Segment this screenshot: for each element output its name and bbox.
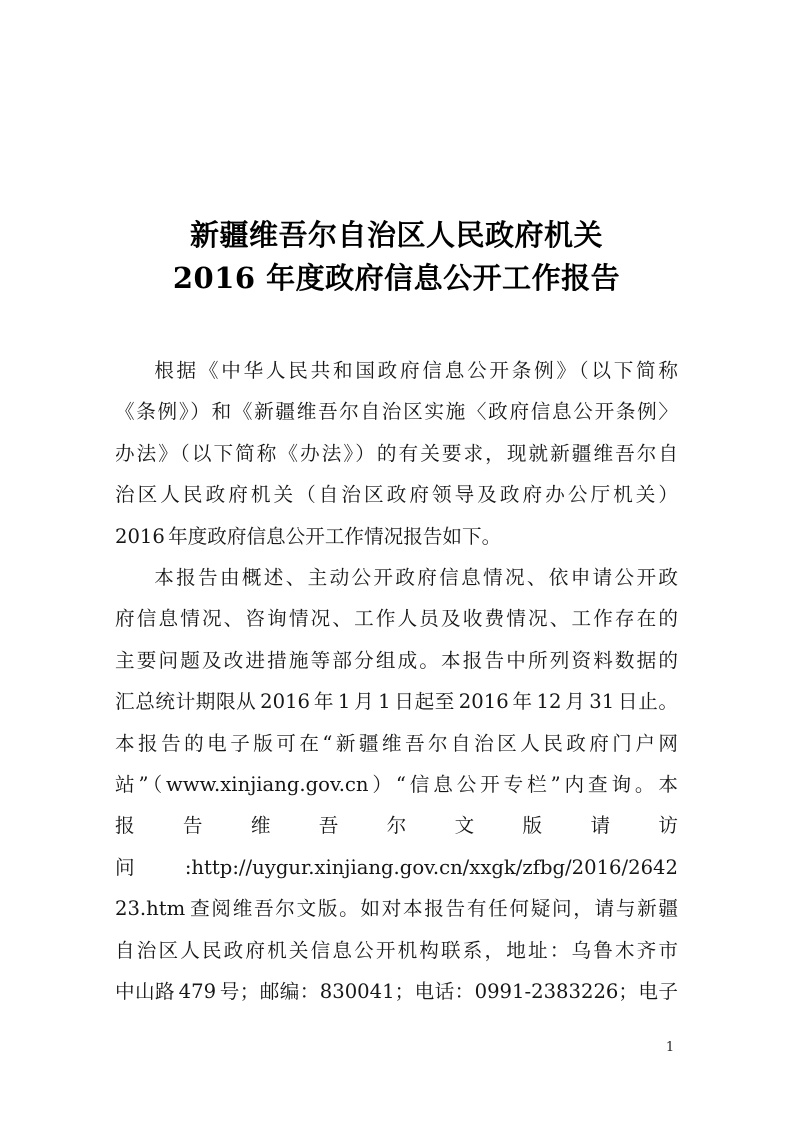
paragraph-1: 根据《中华人民共和国政府信息公开条例》（以下简称 《条例》）和《新疆维吾尔自治区… [115, 350, 678, 557]
text-line: 《条例》）和《新疆维吾尔自治区实施〈政府信息公开条例〉 [115, 391, 678, 432]
paragraph-2: 本报告由概述、主动公开政府信息情况、依申请公开政 府信息情况、咨询情况、工作人员… [115, 557, 678, 1012]
text-line: 府信息情况、咨询情况、工作人员及收费情况、工作存在的 [115, 598, 678, 639]
text-line: 本报告的电子版可在“新疆维吾尔自治区人民政府门户网 [115, 723, 678, 764]
text-line-stretched: 报告维吾尔文版请访 [115, 805, 678, 846]
document-title: 新疆维吾尔自治区人民政府机关 2016 年度政府信息公开工作报告 [0, 214, 793, 300]
text-line: 根据《中华人民共和国政府信息公开条例》（以下简称 [115, 350, 678, 391]
text-line: 2016 年度政府信息公开工作情况报告如下。 [115, 516, 678, 557]
text-line-url: 问 :http://uygur.xinjiang.gov.cn/xxgk/zfb… [115, 847, 678, 888]
text-line: 23.htm 查阅维吾尔文版。如对本报告有任何疑问，请与新疆 [115, 888, 678, 929]
text-line: 汇总统计期限从 2016 年 1 月 1 日起至 2016 年 12 月 31 … [115, 681, 678, 722]
text-line: 本报告由概述、主动公开政府信息情况、依申请公开政 [115, 557, 678, 598]
text-line: 主要问题及改进措施等部分组成。本报告中所列资料数据的 [115, 640, 678, 681]
text-line: 自治区人民政府机关信息公开机构联系，地址：乌鲁木齐市 [115, 930, 678, 971]
text-line: 中山路 479 号；邮编：830041；电话：0991-2383226；电子 [115, 971, 678, 1012]
title-line-1: 新疆维吾尔自治区人民政府机关 [0, 214, 793, 257]
text-line: 站”（www.xinjiang.gov.cn）“信息公开专栏”内查询。本 [115, 764, 678, 805]
page-number: 1 [655, 1040, 685, 1055]
document-page: 新疆维吾尔自治区人民政府机关 2016 年度政府信息公开工作报告 根据《中华人民… [0, 0, 793, 1122]
text-line: 治区人民政府机关（自治区政府领导及政府办公厅机关） [115, 474, 678, 515]
title-line-2: 2016 年度政府信息公开工作报告 [0, 257, 793, 300]
text-line: 办法》（以下简称《办法》）的有关要求，现就新疆维吾尔自 [115, 433, 678, 474]
document-body: 根据《中华人民共和国政府信息公开条例》（以下简称 《条例》）和《新疆维吾尔自治区… [115, 350, 678, 1013]
